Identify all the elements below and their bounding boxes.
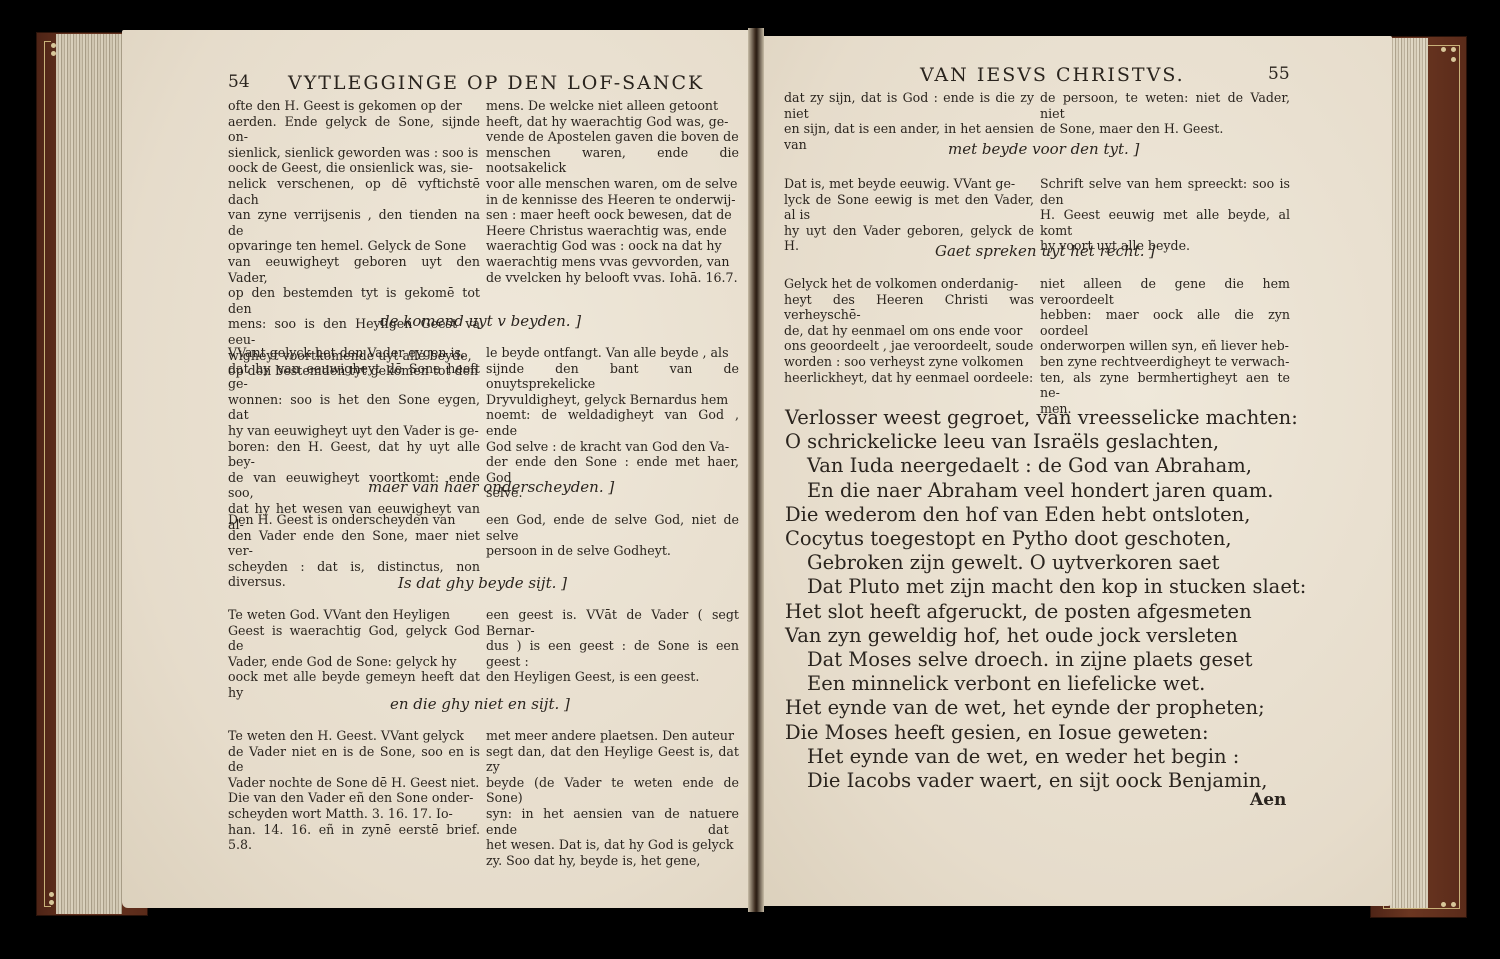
right-s1-heading: met beyde voor den tyt. ]: [948, 140, 1139, 158]
page-edges-right: [1390, 38, 1428, 908]
running-head-right: VAN IESVS CHRISTVS.: [920, 64, 1185, 86]
left-s3-col-right: een geest is. VVāt de Vader ( segt Berna…: [486, 607, 739, 685]
verse-line: Die wederom den hof van Eden hebt ontslo…: [785, 503, 1306, 527]
left-s1-heading: de komend uyt v beyden. ]: [380, 312, 581, 330]
left-s3-col-left: Te weten God. VVant den Heyligen Geest i…: [228, 607, 480, 701]
page-number-right: 55: [1268, 64, 1290, 84]
left-s2-col-right: een God, ende de selve God, niet de selv…: [486, 512, 739, 559]
gilt-ornament: [1441, 47, 1446, 52]
book-gutter: [748, 28, 764, 912]
page-edges-left: [56, 34, 122, 914]
verse-line: Van zyn geweldig hof, het oude jock vers…: [785, 624, 1306, 648]
verse-line: Het eynde van de wet, en weder het begin…: [785, 745, 1306, 769]
page-number-left: 54: [228, 72, 250, 92]
catchword-left: dat: [708, 822, 729, 837]
left-s4-col-right: met meer andere plaetsen. Den auteur seg…: [486, 728, 739, 868]
running-head-left: VYTLEGGINGE OP DEN LOF-SANCK: [288, 72, 704, 94]
verse-line: Dat Pluto met zijn macht den kop in stuc…: [785, 575, 1306, 599]
verse-line: Dat Moses selve droech. in zijne plaets …: [785, 648, 1306, 672]
left-s1-col-left: VVant gelyck het den Vader eygen is, dat…: [228, 345, 480, 532]
right-s2-heading: Gaet spreken uyt het recht. ]: [935, 242, 1155, 260]
verse-line: En die naer Abraham veel hondert jaren q…: [785, 479, 1306, 503]
verse-line: Het eynde van de wet, het eynde der prop…: [785, 696, 1306, 720]
left-s0-col-left: ofte den H. Geest is gekomen op der aerd…: [228, 98, 480, 379]
left-s4-col-left: Te weten den H. Geest. VVant gelyck de V…: [228, 728, 480, 853]
poem-verse: Verlosser weest gegroet, van vreesselick…: [785, 406, 1306, 793]
verse-line: Verlosser weest gegroet, van vreesselick…: [785, 406, 1306, 430]
right-s2-col-right: niet alleen de gene die hem veroordeelt …: [1040, 276, 1290, 416]
right-s0-col-right: de persoon, te weten: niet de Vader, nie…: [1040, 90, 1290, 137]
catchword-right: Aen: [1250, 790, 1286, 810]
left-s3-heading: Is dat ghy beyde sijt. ]: [398, 574, 567, 592]
verse-line: Gebroken zijn gewelt. O uytverkoren saet: [785, 551, 1306, 575]
right-s2-col-left: Gelyck het de volkomen onderdanig- heyt …: [784, 276, 1034, 385]
verse-line: O schrickelicke leeu van Israëls geslach…: [785, 430, 1306, 454]
left-s2-heading: maer van haer onderscheyden. ]: [368, 478, 614, 496]
left-s4-heading: en die ghy niet en sijt. ]: [390, 695, 570, 713]
verse-line: Die Iacobs vader waert, en sijt oock Ben…: [785, 769, 1306, 793]
gilt-ornament: [49, 900, 54, 905]
verse-line: Het slot heeft afgeruckt, de posten afge…: [785, 600, 1306, 624]
gilt-rule: [44, 41, 51, 907]
verse-line: Een minnelick verbont en liefelicke wet.: [785, 672, 1306, 696]
verse-line: Die Moses heeft gesien, en Iosue geweten…: [785, 721, 1306, 745]
gilt-ornament: [1451, 57, 1456, 62]
gilt-ornament: [49, 892, 54, 897]
left-s0-col-right: mens. De welcke niet alleen getoont heef…: [486, 98, 739, 285]
gilt-ornament: [1451, 47, 1456, 52]
gilt-ornament: [1451, 902, 1456, 907]
verse-line: Van Iuda neergedaelt : de God van Abraha…: [785, 454, 1306, 478]
gilt-ornament: [1441, 902, 1446, 907]
verse-line: Cocytus toegestopt en Pytho doot geschot…: [785, 527, 1306, 551]
